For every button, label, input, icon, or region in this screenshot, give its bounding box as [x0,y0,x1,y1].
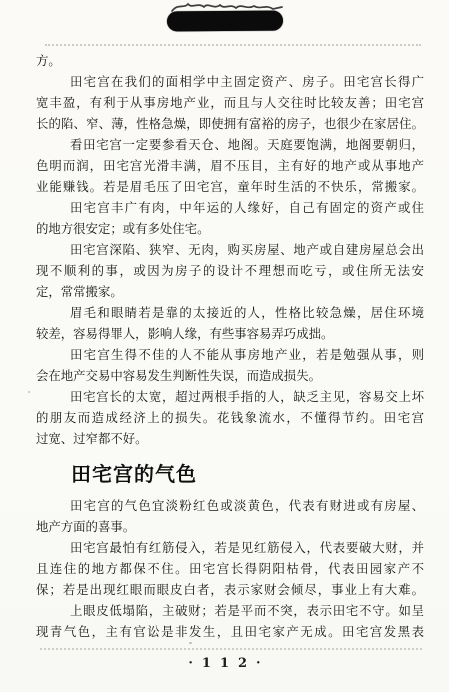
text-line: 田宅宫生得不佳的人不能从事房地产业，若是勉强从事，则 [36,344,424,365]
text-line: 过宽、过窄都不好。 [36,428,424,449]
page-text: 方。田宅宫在我们的面相学中主固定资产、房子。田宅宫长得广宽丰盈，有利于从事房地产… [36,50,424,642]
text-line: 方。 [36,50,424,71]
text-line: 会在地产交易中容易发生判断性失误，而造成损失。 [36,365,424,386]
text-line: 保；若是出现红眼而眼皮白者，表示家财会倾尽，事业上有大难。 [36,579,424,600]
text-line: 眉毛和眼睛若是靠的太接近的人，性格比较急燥，居住环境 [36,302,424,323]
text-line: 田宅宫的气色宜淡粉红色或淡黄色，代表有财进或有房屋、 [36,495,424,516]
text-line: 田宅宫在我们的面相学中主固定资产、房子。田宅宫长得广 [36,71,424,92]
page-number: ·112· [0,656,449,671]
text-line: 业能赚钱。若是眉毛压了田宅宫，童年时生活的不快乐，常搬家。 [36,176,424,197]
scan-speck [189,642,192,644]
text-line: 田宅宫深陷、狭窄、无肉，购买房屋、地产或自建房屋总会出 [36,239,424,260]
text-line: 长的陷、窄、薄，性格急燥，即使拥有富裕的房子，也很少在家居住。 [36,113,424,134]
text-line: 宽丰盈，有利于从事房地产业，而且与人交往时比较友善；田宅宫 [36,92,424,113]
text-line: 田宅宫丰广有肉，中年运的人缘好，自己有固定的资产或住 [36,197,424,218]
text-line: 田宅宫最怕有红筋侵入，若是见红筋侵入，代表要破大财，并 [36,537,424,558]
text-line: 定，常常搬家。 [36,281,424,302]
scanned-page: 方。田宅宫在我们的面相学中主固定资产、房子。田宅宫长得广宽丰盈，有利于从事房地产… [0,0,449,692]
footer-dotted-rule [40,648,422,650]
text-line: 地产方面的喜事。 [36,516,424,537]
scan-speck [28,391,30,393]
header-dotted-rule [45,44,421,46]
text-line: 上眼皮低塌陷，主破财；若是平而不突，表示田宅不守。如呈 [36,600,424,621]
section-heading: 田宅宫的气色 [36,462,424,486]
text-line: 较差，容易得罪人，影响人缘，有些事容易弄巧成拙。 [36,323,424,344]
redacted-title-banner [167,11,283,32]
text-line: 色明而润，田宅宫光滑丰满，眉不压目，主有好的地产或从事地产 [36,155,424,176]
text-line: 的朋友而造成经济上的损失。花钱象流水，不懂得节约。田宅宫 [36,407,424,428]
text-line: 的地方很安定；或有多处住宅。 [36,218,424,239]
text-line: 现青气色，主有官讼是非发生，且田宅家产无成。田宅宫发黑表 [36,621,424,642]
text-line: 田宅宫长的太宽，超过两根手指的人，缺乏主见，容易交上坏 [36,386,424,407]
text-line: 现不顺利的事，或因为房子的设计不理想而吃亏，或住所无法安 [36,260,424,281]
text-line: 且连住的地方都保不住。田宅宫长得阴阳枯骨，代表田园家产不 [36,558,424,579]
text-line: 看田宅宫一定要参看天仓、地阁。天庭要饱满，地阁要朝归， [36,134,424,155]
